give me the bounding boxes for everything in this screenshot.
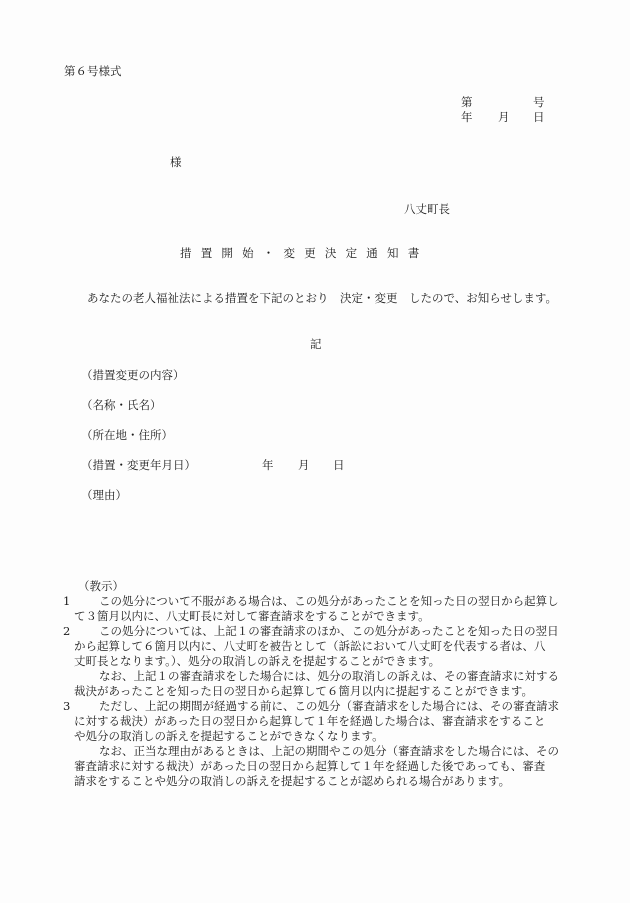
issue-date-day: 日	[533, 110, 545, 124]
addressee-honorific: 様	[170, 155, 182, 169]
notice-item-number: 3	[63, 699, 70, 713]
notice-line: て３箇月以内に、八丈町長に対して審査請求をすることができます。	[74, 609, 430, 623]
notice-line: この処分について不服がある場合は、この処分があったことを知った日の翌日から起算し	[99, 594, 559, 608]
notice-line: 審査請求に対する裁決）があった日の翌日から起算して１年を経過した後であっても、審…	[74, 759, 545, 773]
notice-item-number: 2	[63, 624, 70, 638]
document-title: 措置開始・変更決定通知書	[180, 246, 428, 260]
form-number: 第６号様式	[64, 64, 122, 78]
notice-line: に対する裁決）があった日の翌日から起算して１年を経過した場合は、審査請求をするこ…	[74, 714, 545, 728]
document-number-label: 第	[461, 95, 473, 109]
notice-line: この処分については、上記１の審査請求のほか、この処分があったことを知った日の翌日	[99, 624, 559, 638]
field-address: （所在地・住所）	[81, 428, 173, 442]
issuer-name: 八丈町長	[404, 202, 450, 216]
notice-line: なお、上記１の審査請求をした場合には、処分の取消しの訴えは、その審査請求に対する	[99, 669, 559, 683]
field-change-date-day: 日	[333, 458, 345, 472]
notice-line: から起算して６箇月以内に、八丈町を被告として（訴訟において八丈町を代表する者は、…	[74, 639, 546, 653]
issue-date-year: 年	[461, 110, 473, 124]
notice-line: 請求をすることや処分の取消しの訴えを提起することが認められる場合があります。	[74, 774, 510, 788]
field-reason: （理由）	[81, 488, 127, 502]
intro-statement: あなたの老人福祉法による措置を下記のとおり 決定・変更 したので、お知らせします…	[87, 291, 557, 305]
issue-date-month: 月	[498, 110, 510, 124]
notice-heading: （教示）	[78, 579, 124, 593]
notice-line: や処分の取消しの訴えを提起することができなくなります。	[74, 729, 384, 743]
field-change-content: （措置変更の内容）	[81, 368, 185, 382]
field-name: （名称・氏名）	[81, 398, 162, 412]
ki-heading: 記	[310, 337, 322, 351]
field-change-date-month: 月	[298, 458, 310, 472]
notice-line: 丈町長となります。）、処分の取消しの訴えを提起することができます。	[74, 654, 440, 668]
field-change-date-year: 年	[262, 458, 274, 472]
document-number-suffix: 号	[533, 95, 545, 109]
notice-item-number: 1	[63, 594, 70, 608]
notice-line: 裁決があったことを知った日の翌日から起算して６箇月以内に提起することができます。	[74, 684, 533, 698]
field-change-date: （措置・変更年月日）	[81, 458, 196, 472]
notice-line: ただし、上記の期間が経過する前に、この処分（審査請求をした場合には、その審査請求	[99, 699, 559, 713]
notice-line: なお、正当な理由があるときは、上記の期間やこの処分（審査請求をした場合には、その	[99, 744, 559, 758]
